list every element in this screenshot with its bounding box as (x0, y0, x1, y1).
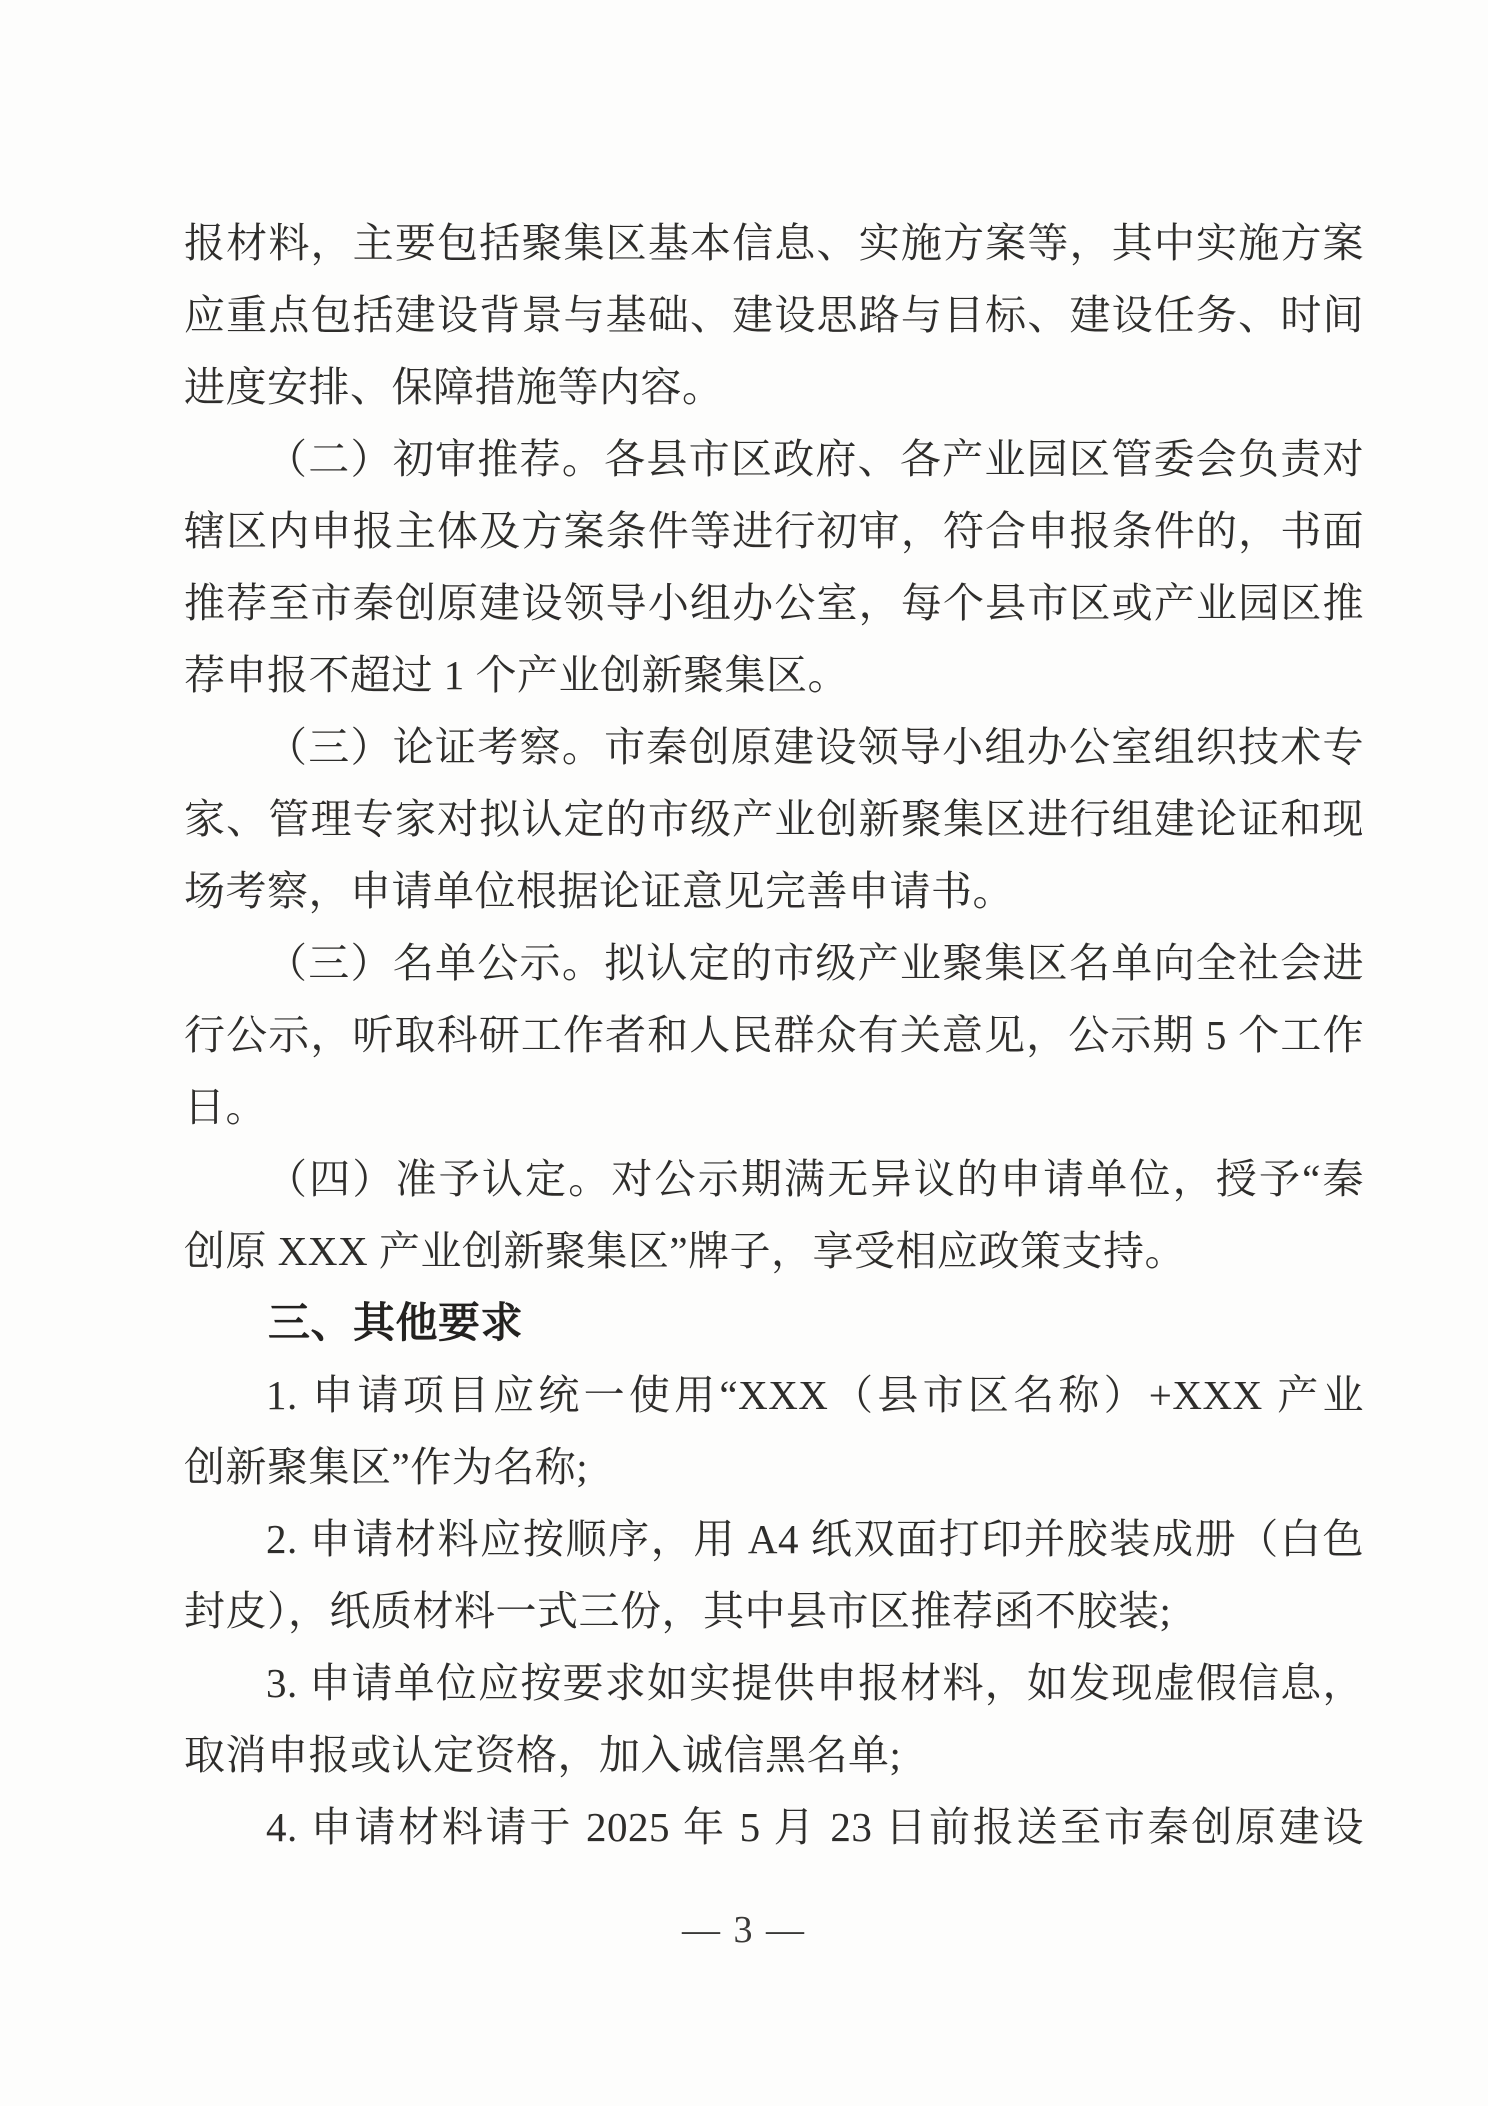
text-line: 4. 申请材料请于 2025 年 5 月 23 日前报送至市秦创原建设 (184, 1791, 1364, 1863)
text-line: （三）名单公示。拟认定的市级产业聚集区名单向全社会进 (184, 927, 1364, 999)
text-line: 场考察，申请单位根据论证意见完善申请书。 (184, 855, 1364, 927)
text-line: 创新聚集区”作为名称; (184, 1431, 1364, 1503)
text-line: （四）准予认定。对公示期满无异议的申请单位，授予“秦 (184, 1143, 1364, 1215)
page-number-footer: — 3 — (0, 1908, 1488, 1952)
text-line: 应重点包括建设背景与基础、建设思路与目标、建设任务、时间 (184, 279, 1364, 351)
text-line: 荐申报不超过 1 个产业创新聚集区。 (184, 639, 1364, 711)
document-body: 报材料，主要包括聚集区基本信息、实施方案等，其中实施方案应重点包括建设背景与基础… (184, 207, 1364, 1863)
text-line: （二）初审推荐。各县市区政府、各产业园区管委会负责对 (184, 423, 1364, 495)
text-line: 行公示，听取科研工作者和人民群众有关意见，公示期 5 个工作 (184, 999, 1364, 1071)
text-line: 进度安排、保障措施等内容。 (184, 351, 1364, 423)
text-line: 推荐至市秦创原建设领导小组办公室，每个县市区或产业园区推 (184, 567, 1364, 639)
text-line: 辖区内申报主体及方案条件等进行初审，符合申报条件的，书面 (184, 495, 1364, 567)
text-line: 家、管理专家对拟认定的市级产业创新聚集区进行组建论证和现 (184, 783, 1364, 855)
scanned-document-page: 报材料，主要包括聚集区基本信息、实施方案等，其中实施方案应重点包括建设背景与基础… (0, 0, 1488, 2106)
text-line: 日。 (184, 1071, 1364, 1143)
text-line: 2. 申请材料应按顺序，用 A4 纸双面打印并胶装成册（白色 (184, 1503, 1364, 1575)
text-line: 取消申报或认定资格，加入诚信黑名单; (184, 1719, 1364, 1791)
text-line: （三）论证考察。市秦创原建设领导小组办公室组织技术专 (184, 711, 1364, 783)
text-line: 3. 申请单位应按要求如实提供申报材料，如发现虚假信息， (184, 1647, 1364, 1719)
text-line: 1. 申请项目应统一使用“XXX（县市区名称）+XXX 产业 (184, 1359, 1364, 1431)
section-heading: 三、其他要求 (184, 1287, 1364, 1359)
text-line: 报材料，主要包括聚集区基本信息、实施方案等，其中实施方案 (184, 207, 1364, 279)
text-line: 封皮），纸质材料一式三份，其中县市区推荐函不胶装; (184, 1575, 1364, 1647)
text-line: 创原 XXX 产业创新聚集区”牌子，享受相应政策支持。 (184, 1215, 1364, 1287)
